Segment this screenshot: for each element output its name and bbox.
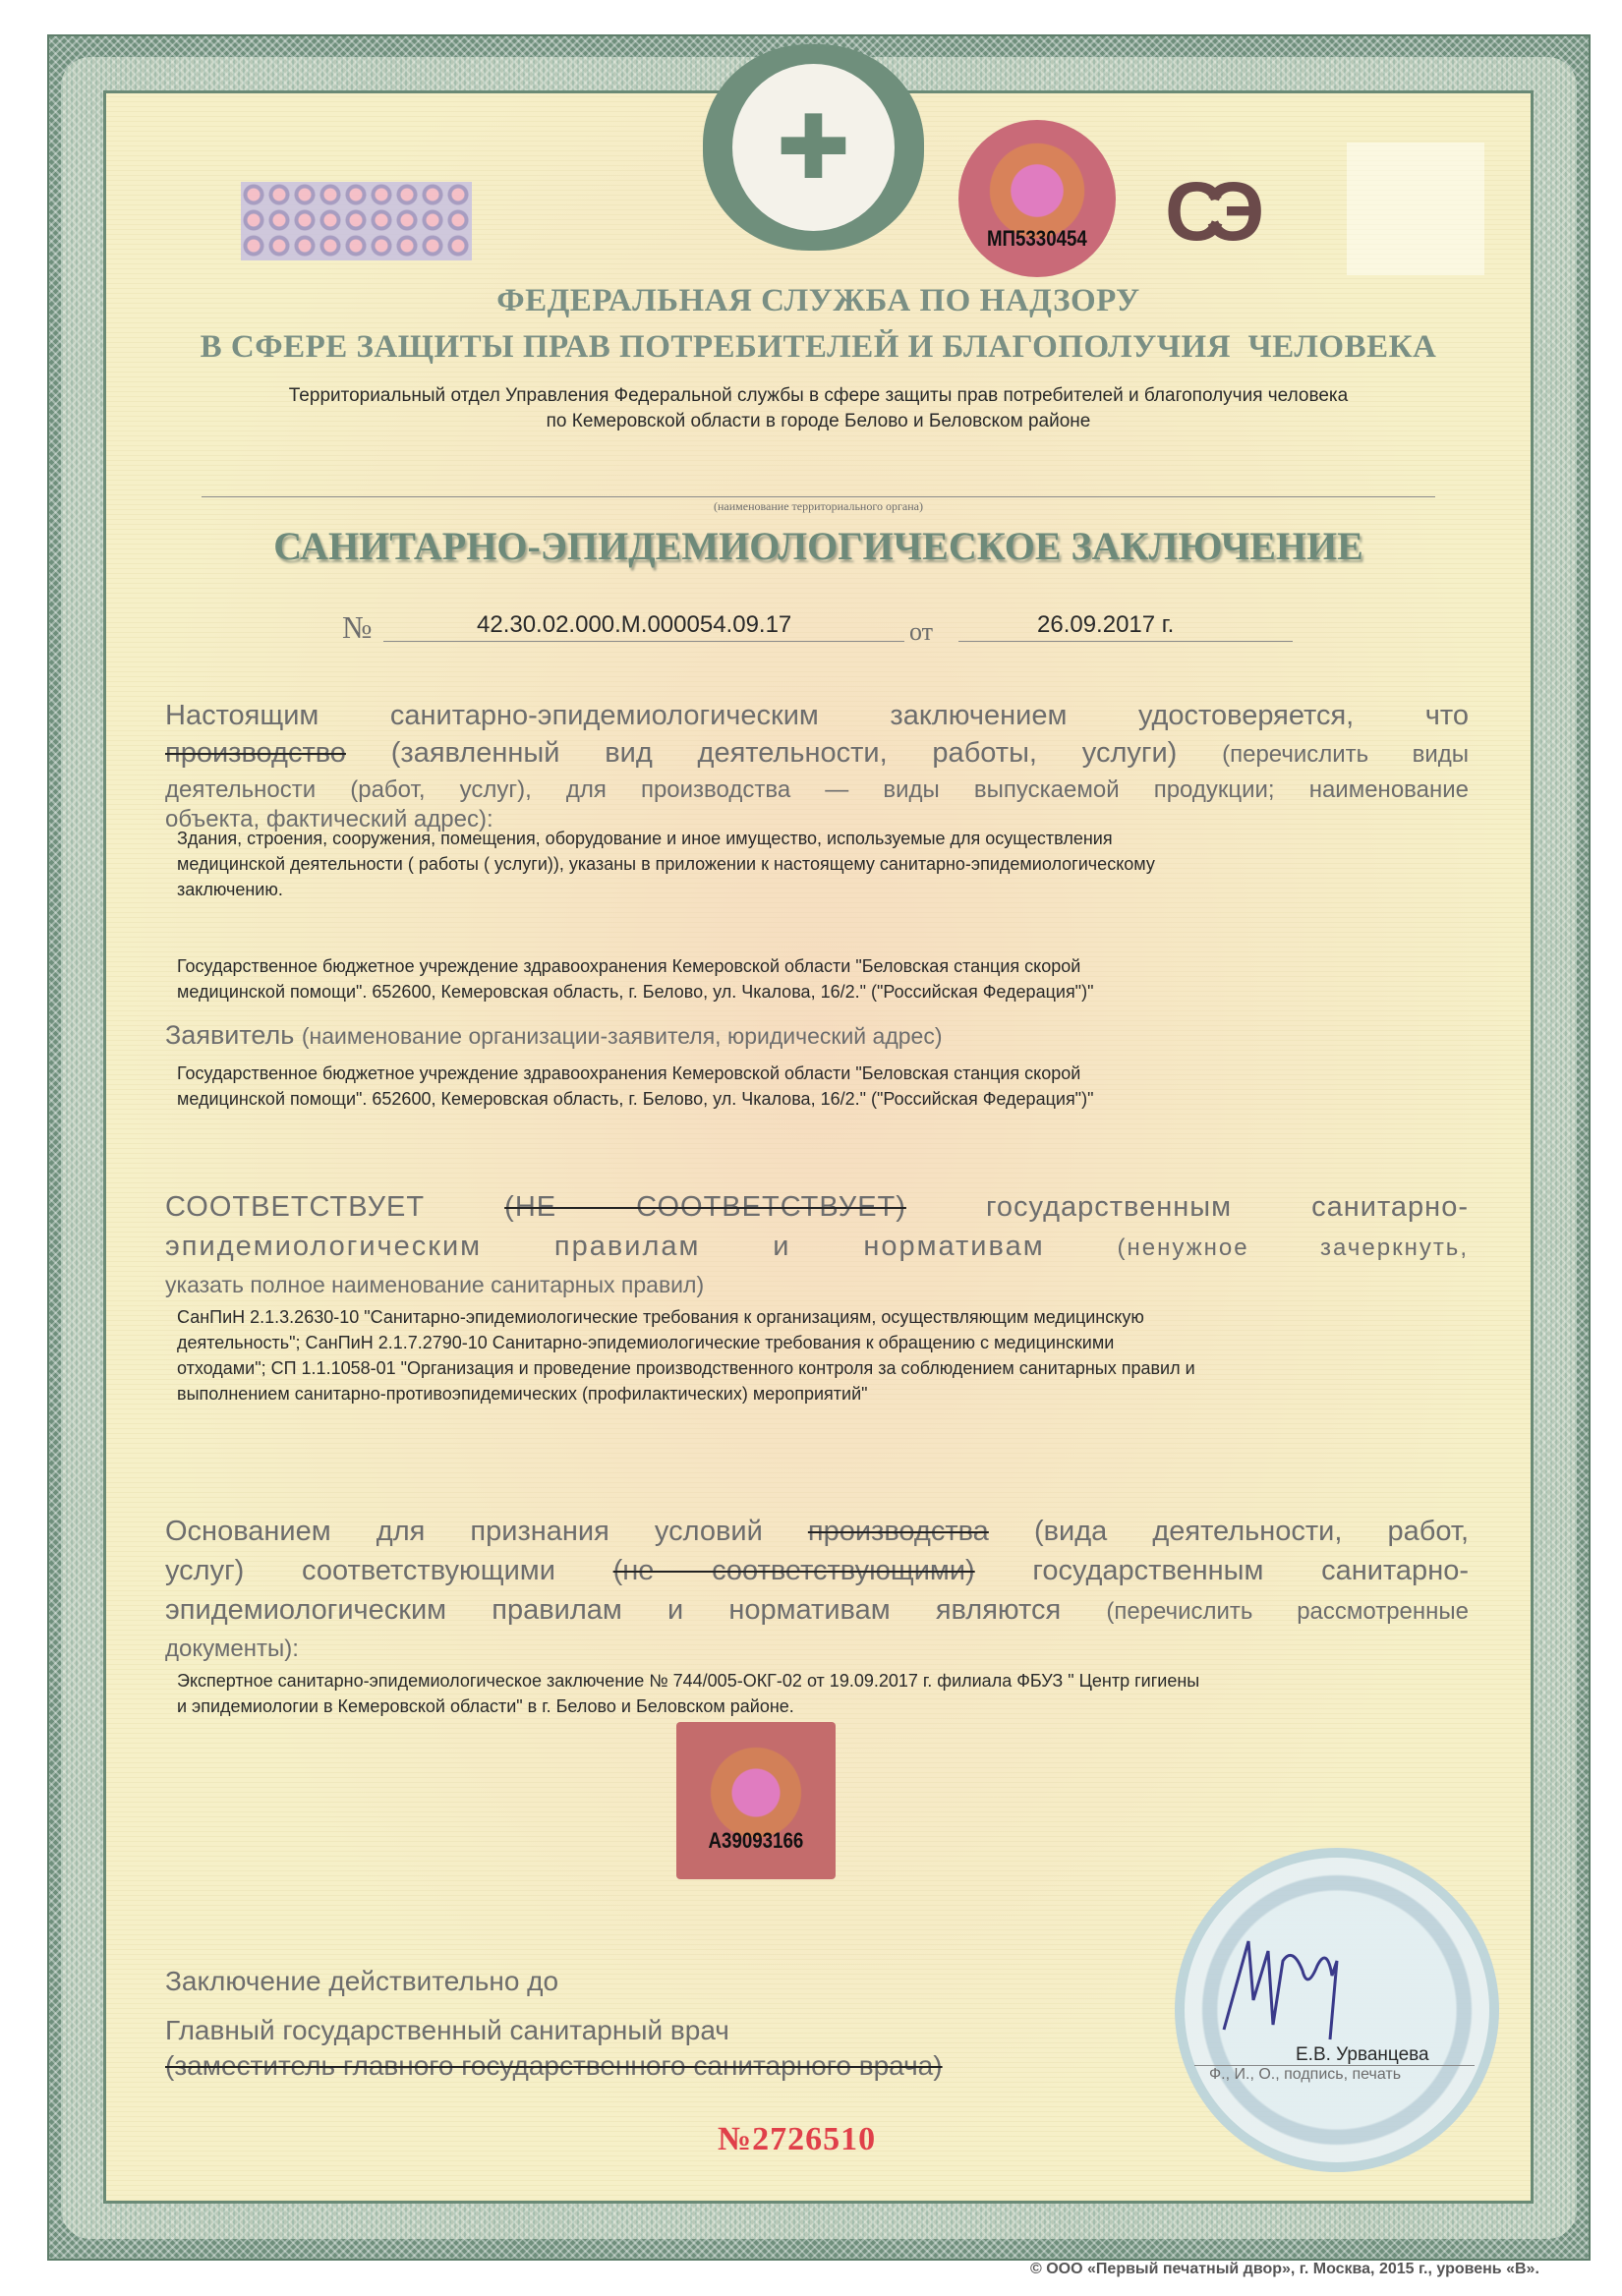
rules-line4: выполнением санитарно-противоэпидемическ… xyxy=(177,1384,868,1405)
activity-hint-line: деятельности (работ, услуг), для произво… xyxy=(165,776,1469,804)
activity-intro-line2: производство (заявленный вид деятельност… xyxy=(165,737,1469,770)
agency-name-line2: В СФЕРЕ ЗАЩИТЫ ПРАВ ПОТРЕБИТЕЛЕЙ И БЛАГО… xyxy=(103,329,1534,366)
date-label: от xyxy=(909,617,933,647)
activity-value-line2: медицинской деятельности ( работы ( услу… xyxy=(177,854,1155,875)
activity-value-line3: заключению. xyxy=(177,880,283,900)
applicant-value-line2: медицинской помощи". 652600, Кемеровская… xyxy=(177,1089,1093,1110)
number-underline xyxy=(383,641,904,642)
basis-hint: документы): xyxy=(165,1636,299,1663)
compliance-line1: СООТВЕТСТВУЕТ (НЕ СООТВЕТСТВУЕТ) государ… xyxy=(165,1191,1469,1224)
document-title: САНИТАРНО-ЭПИДЕМИОЛОГИЧЕСКОЕ ЗАКЛЮЧЕНИЕ xyxy=(103,523,1534,569)
rules-line1: СанПиН 2.1.3.2630-10 "Санитарно-эпидемио… xyxy=(177,1307,1144,1328)
rules-line3: отходами"; СП 1.1.1058-01 "Организация и… xyxy=(177,1358,1195,1379)
activity-value-line1: Здания, строения, сооружения, помещения,… xyxy=(177,829,1113,849)
hologram-top-serial: МП5330454 xyxy=(987,226,1087,252)
date-underline xyxy=(958,641,1293,642)
rules-line2: деятельность"; СанПиН 2.1.7.2790-10 Сани… xyxy=(177,1333,1114,1353)
basis-value-line1: Экспертное санитарно-эпидемиологическое … xyxy=(177,1671,1199,1692)
struck-not-matching: (не соответствующими) xyxy=(613,1555,975,1586)
basis-line2: услуг) соответствующими (не соответствую… xyxy=(165,1555,1469,1587)
compliance-hint: указать полное наименование санитарных п… xyxy=(165,1272,704,1298)
compliance-line2: эпидемиологическим правилам и нормативам… xyxy=(165,1231,1469,1263)
certificate-number: 42.30.02.000.М.000054.09.17 xyxy=(477,611,791,639)
certificate-date: 26.09.2017 г. xyxy=(1037,611,1174,639)
territorial-caption: (наименование территориального органа) xyxy=(103,499,1534,514)
applicant-hint: (наименование организации-заявителя, юри… xyxy=(302,1023,943,1049)
activity-org-line2: медицинской помощи". 652600, Кемеровская… xyxy=(177,982,1093,1003)
number-label: № xyxy=(342,609,373,646)
rospotrebnadzor-emblem: ✚ xyxy=(703,44,924,251)
printer-footer: © ООО «Первый печатный двор», г. Москва,… xyxy=(1030,2261,1539,2278)
signer-name: Е.В. Урванцева xyxy=(1296,2044,1429,2066)
hologram-square-sticker: А39093166 xyxy=(676,1722,836,1879)
applicant-heading: Заявитель (наименование организации-заяв… xyxy=(165,1020,943,1051)
struck-production-2: производства xyxy=(808,1516,989,1547)
struck-production: производство xyxy=(165,737,346,769)
struck-not-complies: (НЕ СООТВЕТСТВУЕТ) xyxy=(504,1191,906,1223)
basis-line1: Основанием для признания условий произво… xyxy=(165,1516,1469,1548)
applicant-value-line1: Государственное бюджетное учреждение здр… xyxy=(177,1063,1080,1084)
basis-value-line2: и эпидемиологии в Кемеровской области" в… xyxy=(177,1696,794,1717)
microprint-security-pattern xyxy=(241,182,472,260)
double-headed-eagle-icon: ✚ xyxy=(732,64,895,231)
hologram-round-sticker: МП5330454 xyxy=(958,120,1116,277)
basis-line3: эпидемиологическим правилам и нормативам… xyxy=(165,1594,1469,1627)
valid-until-label: Заключение действительно до xyxy=(165,1966,558,1997)
form-serial-number: №2726510 xyxy=(718,2121,876,2158)
watermark-area xyxy=(1347,143,1484,275)
se-mark-icon: СЭ xyxy=(1165,167,1303,256)
activity-org-line1: Государственное бюджетное учреждение здр… xyxy=(177,956,1080,977)
activity-intro-line1: Настоящим санитарно-эпидемиологическим з… xyxy=(165,700,1469,732)
applicant-label: Заявитель xyxy=(165,1020,294,1050)
territorial-underline xyxy=(202,496,1435,497)
struck-deputy-role: (заместитель главного государственного с… xyxy=(165,2050,943,2082)
signature-icon xyxy=(1214,1931,1381,2049)
agency-name-line1: ФЕДЕРАЛЬНАЯ СЛУЖБА ПО НАДЗОРУ xyxy=(103,283,1534,319)
signature-caption: Ф., И., О., подпись, печать xyxy=(1209,2066,1401,2084)
territorial-body-line1: Территориальный отдел Управления Федерал… xyxy=(103,385,1534,407)
hologram-bottom-serial: А39093166 xyxy=(709,1828,804,1854)
complies-word: СООТВЕТСТВУЕТ xyxy=(165,1191,425,1223)
signer-role: Главный государственный санитарный врач xyxy=(165,2015,729,2046)
territorial-body-line2: по Кемеровской области в городе Белово и… xyxy=(103,411,1534,432)
